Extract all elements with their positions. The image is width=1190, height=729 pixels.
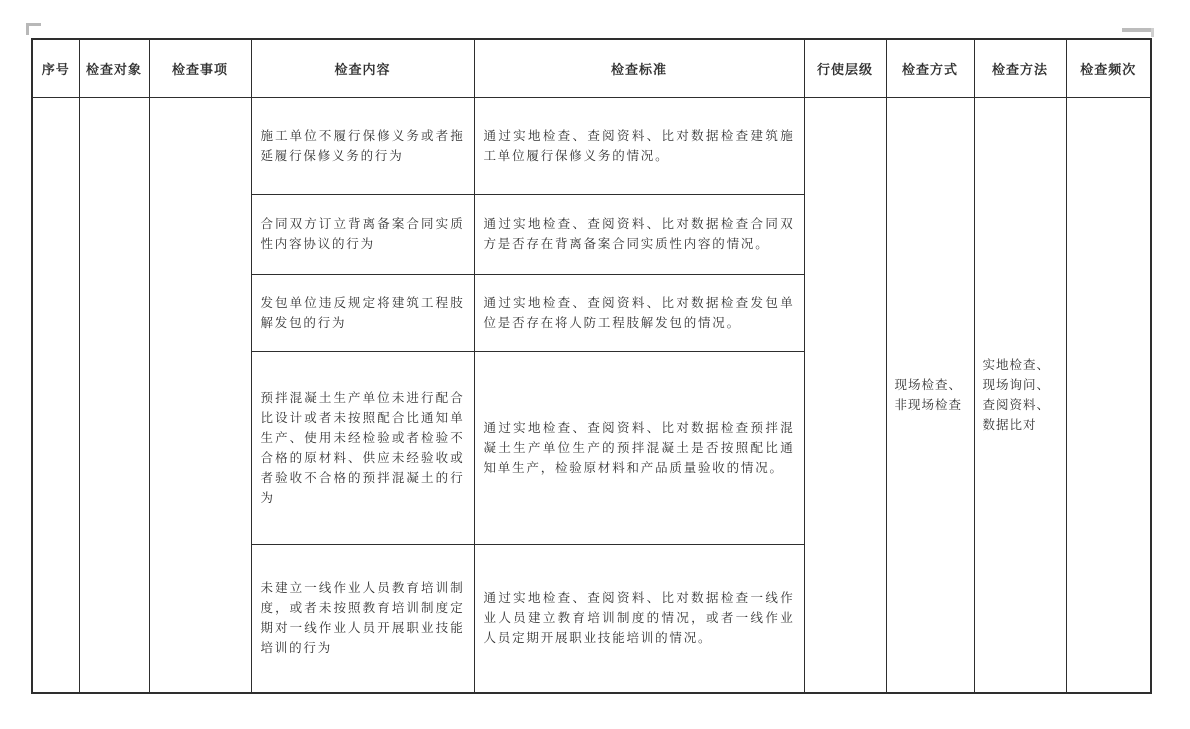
level-merged-cell	[804, 97, 886, 693]
header-cell-object: 检查对象	[79, 39, 149, 97]
row-2-content-cell: 合同双方订立背离备案合同实质性内容协议的行为	[251, 194, 474, 274]
table-row: 施工单位不履行保修义务或者拖延履行保修义务的行为 通过实地检查、查阅资料、比对数…	[32, 97, 1151, 194]
inspection-table: 序号 检查对象 检查事项 检查内容 检查标准 行使层级 检查方式 检查方法 检查…	[31, 38, 1152, 694]
row-2-standard-cell: 通过实地检查、查阅资料、比对数据检查合同双方是否存在背离备案合同实质性内容的情况…	[474, 194, 804, 274]
object-merged-cell	[79, 97, 149, 693]
row-1-standard-cell: 通过实地检查、查阅资料、比对数据检查建筑施工单位履行保修义务的情况。	[474, 97, 804, 194]
document-page: 序号 检查对象 检查事项 检查内容 检查标准 行使层级 检查方式 检查方法 检查…	[0, 0, 1190, 729]
header-cell-standard: 检查标准	[474, 39, 804, 97]
header-cell-item: 检查事项	[149, 39, 251, 97]
header-cell-level: 行使层级	[804, 39, 886, 97]
frequency-merged-cell	[1066, 97, 1151, 693]
row-5-standard-cell: 通过实地检查、查阅资料、比对数据检查一线作业人员建立教育培训制度的情况，或者一线…	[474, 544, 804, 693]
method-merged-cell: 实地检查、现场询问、查阅资料、数据比对	[974, 97, 1066, 693]
header-cell-method: 检查方法	[974, 39, 1066, 97]
item-merged-cell	[149, 97, 251, 693]
column-resize-marker-tick	[1151, 28, 1154, 37]
row-1-content-cell: 施工单位不履行保修义务或者拖延履行保修义务的行为	[251, 97, 474, 194]
header-cell-content: 检查内容	[251, 39, 474, 97]
serial-merged-cell	[32, 97, 79, 693]
row-4-content-cell: 预拌混凝土生产单位未进行配合比设计或者未按照配合比通知单生产、使用未经检验或者检…	[251, 351, 474, 544]
header-cell-frequency: 检查频次	[1066, 39, 1151, 97]
header-cell-serial: 序号	[32, 39, 79, 97]
row-3-standard-cell: 通过实地检查、查阅资料、比对数据检查发包单位是否存在将人防工程肢解发包的情况。	[474, 274, 804, 351]
column-resize-marker[interactable]	[1122, 28, 1154, 32]
row-3-content-cell: 发包单位违反规定将建筑工程肢解发包的行为	[251, 274, 474, 351]
header-row: 序号 检查对象 检查事项 检查内容 检查标准 行使层级 检查方式 检查方法 检查…	[32, 39, 1151, 97]
mode-merged-cell: 现场检查、非现场检查	[886, 97, 974, 693]
header-cell-mode: 检查方式	[886, 39, 974, 97]
row-4-standard-cell: 通过实地检查、查阅资料、比对数据检查预拌混凝土生产单位生产的预拌混凝土是否按照配…	[474, 351, 804, 544]
table-move-handle[interactable]	[26, 23, 41, 35]
row-5-content-cell: 未建立一线作业人员教育培训制度，或者未按照教育培训制度定期对一线作业人员开展职业…	[251, 544, 474, 693]
